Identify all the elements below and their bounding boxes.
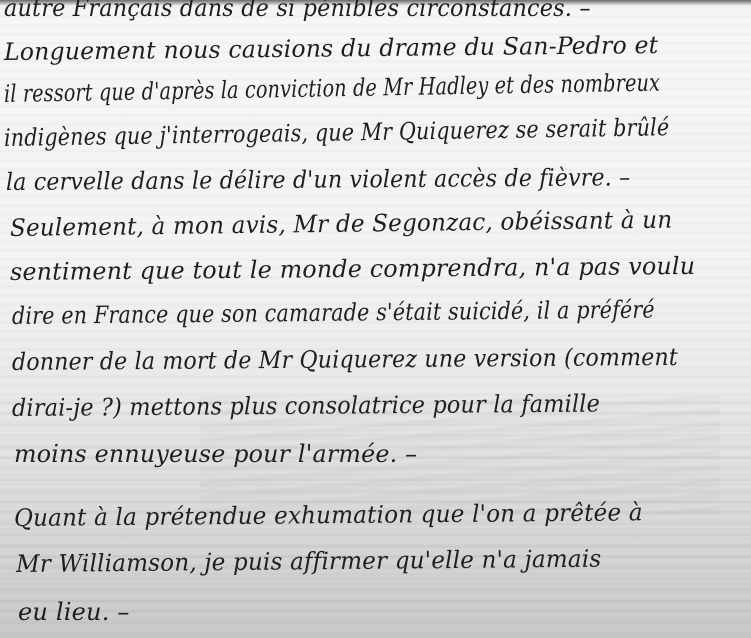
text-line-4: indigènes que j'interrogeais, que Mr Qui… — [4, 113, 670, 152]
text-line-11: moins ennuyeuse pour l'armée. – — [14, 440, 417, 468]
text-line-13: Mr Williamson, je puis affirmer qu'elle … — [16, 545, 602, 578]
text-line-8: dire en France que son camarade s'était … — [12, 295, 655, 330]
text-line-2: Longuement nous causions du drame du San… — [4, 31, 659, 66]
text-line-1: autre Français dans de si pénibles circo… — [4, 0, 591, 22]
text-line-10: dirai-je ?) mettons plus consolatrice po… — [12, 390, 600, 422]
text-line-14: eu lieu. – — [18, 598, 130, 626]
text-line-9: donner de la mort de Mr Quiquerez une ve… — [12, 343, 678, 376]
text-line-6: Seulement, à mon avis, Mr de Segonzac, o… — [10, 206, 673, 242]
text-line-5: la cervelle dans le délire d'un violent … — [6, 163, 631, 196]
text-line-12: Quant à la prétendue exhumation que l'on… — [14, 498, 643, 532]
text-line-7: sentiment que tout le monde comprendra, … — [10, 252, 695, 286]
text-line-3: il ressort que d'après la conviction de … — [4, 69, 660, 108]
scanned-letter-page: autre Français dans de si pénibles circo… — [0, 0, 751, 638]
